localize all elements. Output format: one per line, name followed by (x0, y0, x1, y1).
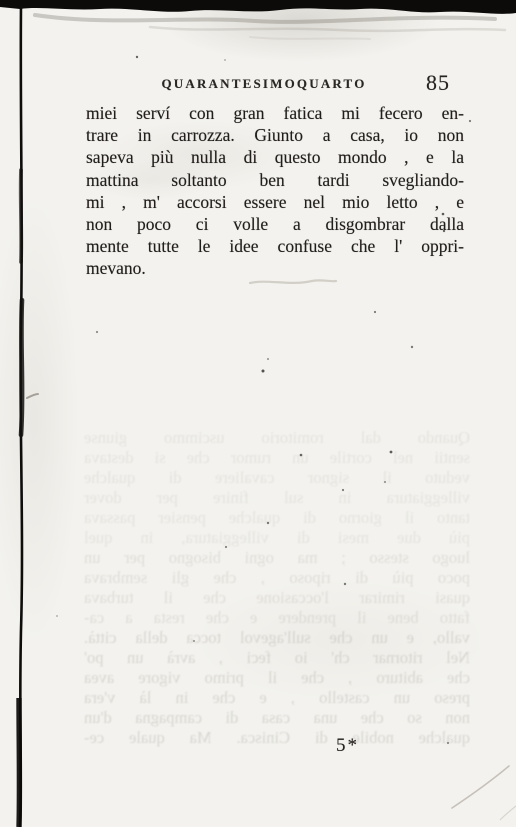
scanned-book-page: QUARANTESIMOQUARTO 85 Quando dal romitor… (0, 0, 516, 827)
scratch-mark (452, 766, 509, 808)
top-scan-edge (0, 0, 516, 39)
faint-smudge (250, 280, 336, 283)
body-line: mevano. (86, 257, 464, 279)
bleedthrough-line: fatto bene il prendere e che resta a ca- (84, 608, 470, 628)
bleedthrough-line: Quando dal romitorio uscimmo giunse (84, 428, 470, 448)
bleedthrough-line: qualche nobile di Cinisca. Ma quale ce- (84, 728, 470, 748)
bleedthrough-line: veduto il signor cavaliere di qualche (84, 468, 470, 488)
body-paragraph: miei serví con gran fatica mi fecero en-… (86, 102, 464, 280)
body-line: miei serví con gran fatica mi fecero en- (86, 102, 464, 124)
body-line: mattina soltanto ben tardi svegliando- (86, 169, 464, 191)
left-binding-edge (19, 6, 38, 827)
bleedthrough-text: Quando dal romitorio uscimmo giunse sent… (84, 428, 470, 748)
body-line: sapeva più nulla di questo mondo , e la (86, 146, 464, 168)
bleedthrough-line: villeggiatura in sul finire per dover (84, 488, 470, 508)
bleedthrough-line: non so che una casa di campagna d'un (84, 708, 470, 728)
bleedthrough-line: vallo, e un che sull'agevol tocca della … (84, 628, 470, 648)
bleedthrough-line: luogo stesso ; ma ogni bisogno per un (84, 548, 470, 568)
body-line: mi , m' accorsi essere nel mio letto , e (86, 191, 464, 213)
signature-mark: 5* (336, 735, 359, 757)
body-line: mente tutte le idee confuse che l' oppri… (86, 235, 464, 257)
bleedthrough-line: quasi rimirar l'occasione che il turbava (84, 588, 470, 608)
bleedthrough-line: sentii nel cortile un rumor che si desta… (84, 448, 470, 468)
bleedthrough-line: poco più di riposo , che gli sembrava (84, 568, 470, 588)
body-line: non poco ci volle a disgombrar dalla (86, 213, 464, 235)
bleedthrough-line: preso un castello , e che in là v'era (84, 688, 470, 708)
bleedthrough-line: più due mesi di villeggiatura, in quel (84, 528, 470, 548)
chapter-running-title: QUARANTESIMOQUARTO (86, 76, 464, 92)
bleedthrough-line: Nel ritornar ch' io feci , avrà un po' (84, 648, 470, 668)
body-line: trare in carrozza. Giunto a casa, io non (86, 124, 464, 146)
running-header: QUARANTESIMOQUARTO (86, 76, 464, 102)
scratch-mark-corner (500, 806, 516, 820)
bleedthrough-line: tanto il giorno di qualche pensier passa… (84, 508, 470, 528)
page-number: 85 (426, 70, 450, 96)
bleedthrough-line: che abituro , che il primo vigore avea (84, 668, 470, 688)
